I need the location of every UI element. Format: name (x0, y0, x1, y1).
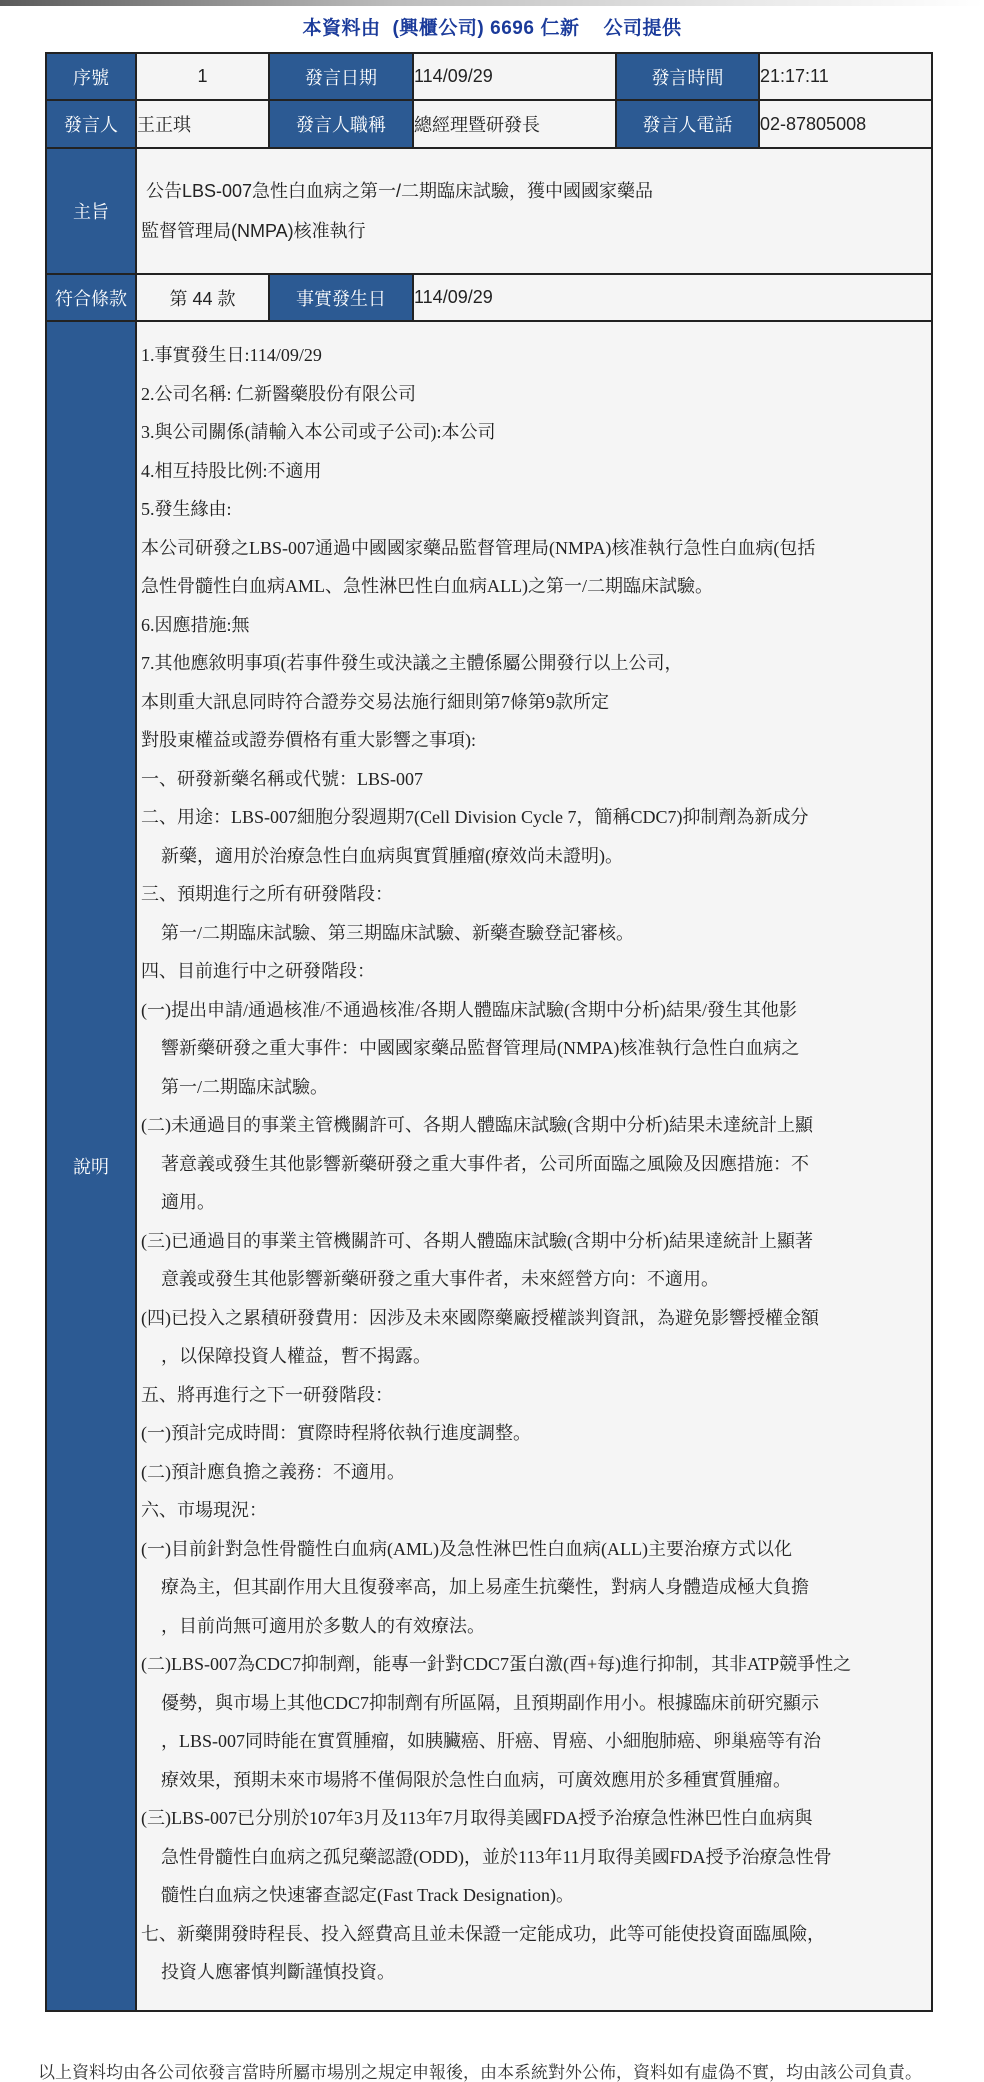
description-line: 著意義或發生其他影響新藥研發之重大事件者，公司所面臨之風險及因應措施：不 (141, 1145, 931, 1184)
page-title: 本資料由(興櫃公司)6696仁新公司提供 (0, 13, 984, 40)
description-line: 急性骨髓性白血病AML、急性淋巴性白血病ALL)之第一/二期臨床試驗。 (141, 567, 931, 606)
title-market: (興櫃公司) (393, 18, 485, 39)
subject-line-1: 公告LBS-007急性白血病之第一/二期臨床試驗，獲中國國家藥品 (141, 171, 931, 211)
subject-value: 公告LBS-007急性白血病之第一/二期臨床試驗，獲中國國家藥品 監督管理局(N… (136, 148, 932, 274)
event-date-value: 114/09/29 (413, 274, 932, 321)
description-line: (二)未通過目的事業主管機關許可、各期人體臨床試驗(含期中分析)結果未達統計上顯 (141, 1106, 931, 1145)
description-line: ，以保障投資人權益，暫不揭露。 (141, 1337, 931, 1376)
description-line: 二、用途：LBS-007細胞分裂週期7(Cell Division Cycle … (141, 798, 931, 837)
row-clause: 符合條款 第 44 款 事實發生日 114/09/29 (46, 274, 932, 321)
row-seq-date-time: 序號 1 發言日期 114/09/29 發言時間 21:17:11 (46, 53, 932, 100)
description-line: 5.發生緣由: (141, 490, 931, 529)
description-line: 一、研發新藥名稱或代號：LBS-007 (141, 760, 931, 799)
row-speaker: 發言人 王正琪 發言人職稱 總經理暨研發長 發言人電話 02-87805008 (46, 100, 932, 148)
description-line: 優勢，與市場上其他CDC7抑制劑有所區隔，且預期副作用小。根據臨床前研究顯示 (141, 1684, 931, 1723)
description-line: 四、目前進行中之研發階段： (141, 952, 931, 991)
description-line: 第一/二期臨床試驗、第三期臨床試驗、新藥查驗登記審核。 (141, 914, 931, 953)
description-line: 3.與公司關係(請輸入本公司或子公司):本公司 (141, 413, 931, 452)
description-line: 6.因應措施:無 (141, 606, 931, 645)
description-line: (一)預計完成時間：實際時程將依執行進度調整。 (141, 1414, 931, 1453)
description-line: 本公司研發之LBS-007通過中國國家藥品監督管理局(NMPA)核准執行急性白血… (141, 529, 931, 568)
speaker-title-value: 總經理暨研發長 (413, 100, 616, 148)
subject-line-2: 監督管理局(NMPA)核准執行 (141, 211, 931, 251)
event-date-label: 事實發生日 (269, 274, 413, 321)
title-suffix: 公司提供 (603, 18, 681, 39)
description-label: 說明 (46, 321, 136, 2011)
seq-label: 序號 (46, 53, 136, 100)
phone-label: 發言人電話 (616, 100, 759, 148)
row-description: 說明 1.事實發生日:114/09/292.公司名稱: 仁新醫藥股份有限公司3.… (46, 321, 932, 2011)
description-line: 本則重大訊息同時符合證券交易法施行細則第7條第9款所定 (141, 683, 931, 722)
title-company-code: 6696 (490, 18, 534, 39)
description-line: (一)目前針對急性骨髓性白血病(AML)及急性淋巴性白血病(ALL)主要治療方式… (141, 1530, 931, 1569)
top-gradient-bar (0, 0, 984, 6)
description-line: 4.相互持股比例:不適用 (141, 452, 931, 491)
announcement-table: 序號 1 發言日期 114/09/29 發言時間 21:17:11 發言人 王正… (45, 52, 933, 2012)
description-line: 新藥，適用於治療急性白血病與實質腫瘤(療效尚未證明)。 (141, 837, 931, 876)
description-line: (四)已投入之累積研發費用：因涉及未來國際藥廠授權談判資訊，為避免影響授權金額 (141, 1299, 931, 1338)
description-line: 響新藥研發之重大事件：中國國家藥品監督管理局(NMPA)核准執行急性白血病之 (141, 1029, 931, 1068)
description-line: (二)LBS-007為CDC7抑制劑，能專一針對CDC7蛋白激(酉+每)進行抑制… (141, 1645, 931, 1684)
description-line: 意義或發生其他影響新藥研發之重大事件者，未來經營方向：不適用。 (141, 1260, 931, 1299)
description-line: 第一/二期臨床試驗。 (141, 1068, 931, 1107)
date-value: 114/09/29 (413, 53, 616, 100)
description-line: 六、市場現況： (141, 1491, 931, 1530)
description-line: (三)LBS-007已分別於107年3月及113年7月取得美國FDA授予治療急性… (141, 1799, 931, 1838)
time-label: 發言時間 (616, 53, 759, 100)
description-line: 2.公司名稱: 仁新醫藥股份有限公司 (141, 375, 931, 414)
row-subject: 主旨 公告LBS-007急性白血病之第一/二期臨床試驗，獲中國國家藥品 監督管理… (46, 148, 932, 274)
description-line: 三、預期進行之所有研發階段： (141, 875, 931, 914)
speaker-title-label: 發言人職稱 (269, 100, 413, 148)
description-line: 7.其他應敘明事項(若事件發生或決議之主體係屬公開發行以上公司， (141, 644, 931, 683)
date-label: 發言日期 (269, 53, 413, 100)
description-body: 1.事實發生日:114/09/292.公司名稱: 仁新醫藥股份有限公司3.與公司… (136, 321, 932, 2011)
description-line: 急性骨髓性白血病之孤兒藥認證(ODD)，並於113年11月取得美國FDA授予治療… (141, 1838, 931, 1877)
description-line: 療為主，但其副作用大且復發率高，加上易產生抗藥性，對病人身體造成極大負擔 (141, 1568, 931, 1607)
description-line: 1.事實發生日:114/09/29 (141, 336, 931, 375)
disclaimer-footer: 以上資料均由各公司依發言當時所屬市場別之規定申報後，由本系統對外公佈，資料如有虛… (38, 2058, 968, 2082)
speaker-value: 王正琪 (136, 100, 269, 148)
title-prefix: 本資料由 (303, 18, 381, 39)
phone-value: 02-87805008 (759, 100, 932, 148)
clause-label: 符合條款 (46, 274, 136, 321)
title-company-short: 仁新 (540, 18, 579, 39)
speaker-label: 發言人 (46, 100, 136, 148)
clause-value: 第 44 款 (136, 274, 269, 321)
description-line: 療效果，預期未來市場將不僅侷限於急性白血病，可廣效應用於多種實質腫瘤。 (141, 1761, 931, 1800)
seq-value: 1 (136, 53, 269, 100)
description-line: ，LBS-007同時能在實質腫瘤，如胰臟癌、肝癌、胃癌、小細胞肺癌、卵巢癌等有治 (141, 1722, 931, 1761)
description-line: 適用。 (141, 1183, 931, 1222)
description-line: 髓性白血病之快速審查認定(Fast Track Designation)。 (141, 1876, 931, 1915)
time-value: 21:17:11 (759, 53, 932, 100)
description-line: (三)已通過目的事業主管機關許可、各期人體臨床試驗(含期中分析)結果達統計上顯著 (141, 1222, 931, 1261)
description-line: 投資人應審慎判斷謹慎投資。 (141, 1953, 931, 1992)
description-line: 七、新藥開發時程長、投入經費高且並未保證一定能成功，此等可能使投資面臨風險， (141, 1915, 931, 1954)
description-line: ，目前尚無可適用於多數人的有效療法。 (141, 1607, 931, 1646)
subject-label: 主旨 (46, 148, 136, 274)
description-line: (一)提出申請/通過核准/不通過核准/各期人體臨床試驗(含期中分析)結果/發生其… (141, 991, 931, 1030)
description-line: (二)預計應負擔之義務：不適用。 (141, 1453, 931, 1492)
description-line: 對股東權益或證券價格有重大影響之事項): (141, 721, 931, 760)
description-line: 五、將再進行之下一研發階段： (141, 1376, 931, 1415)
